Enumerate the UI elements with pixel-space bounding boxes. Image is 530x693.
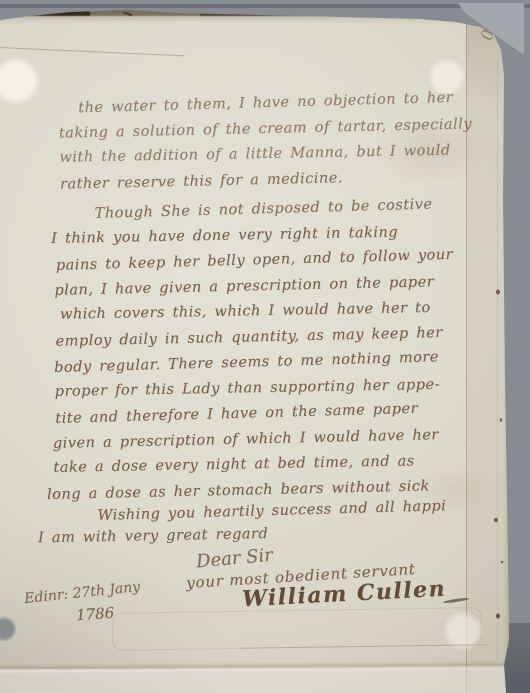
dateline-place: Edinr: 27th Jany xyxy=(23,579,140,607)
paper-torn-edge xyxy=(0,9,470,16)
mounting-dot-bottom-left xyxy=(0,616,16,642)
letter-sheet: 20 the water to them, I have no objectio… xyxy=(0,0,530,693)
dateline-year: 1786 xyxy=(75,604,114,625)
letter-body: the water to them, I have no objection t… xyxy=(0,86,488,553)
paper-crease xyxy=(0,47,185,56)
salutation: Dear Sir xyxy=(195,545,273,573)
page-edge-line xyxy=(497,60,498,660)
scanned-letter-page: 20 the water to them, I have no objectio… xyxy=(0,0,530,693)
embossed-outline xyxy=(112,607,483,651)
underlying-sheet xyxy=(0,669,530,693)
scanner-backdrop-line xyxy=(0,4,530,8)
